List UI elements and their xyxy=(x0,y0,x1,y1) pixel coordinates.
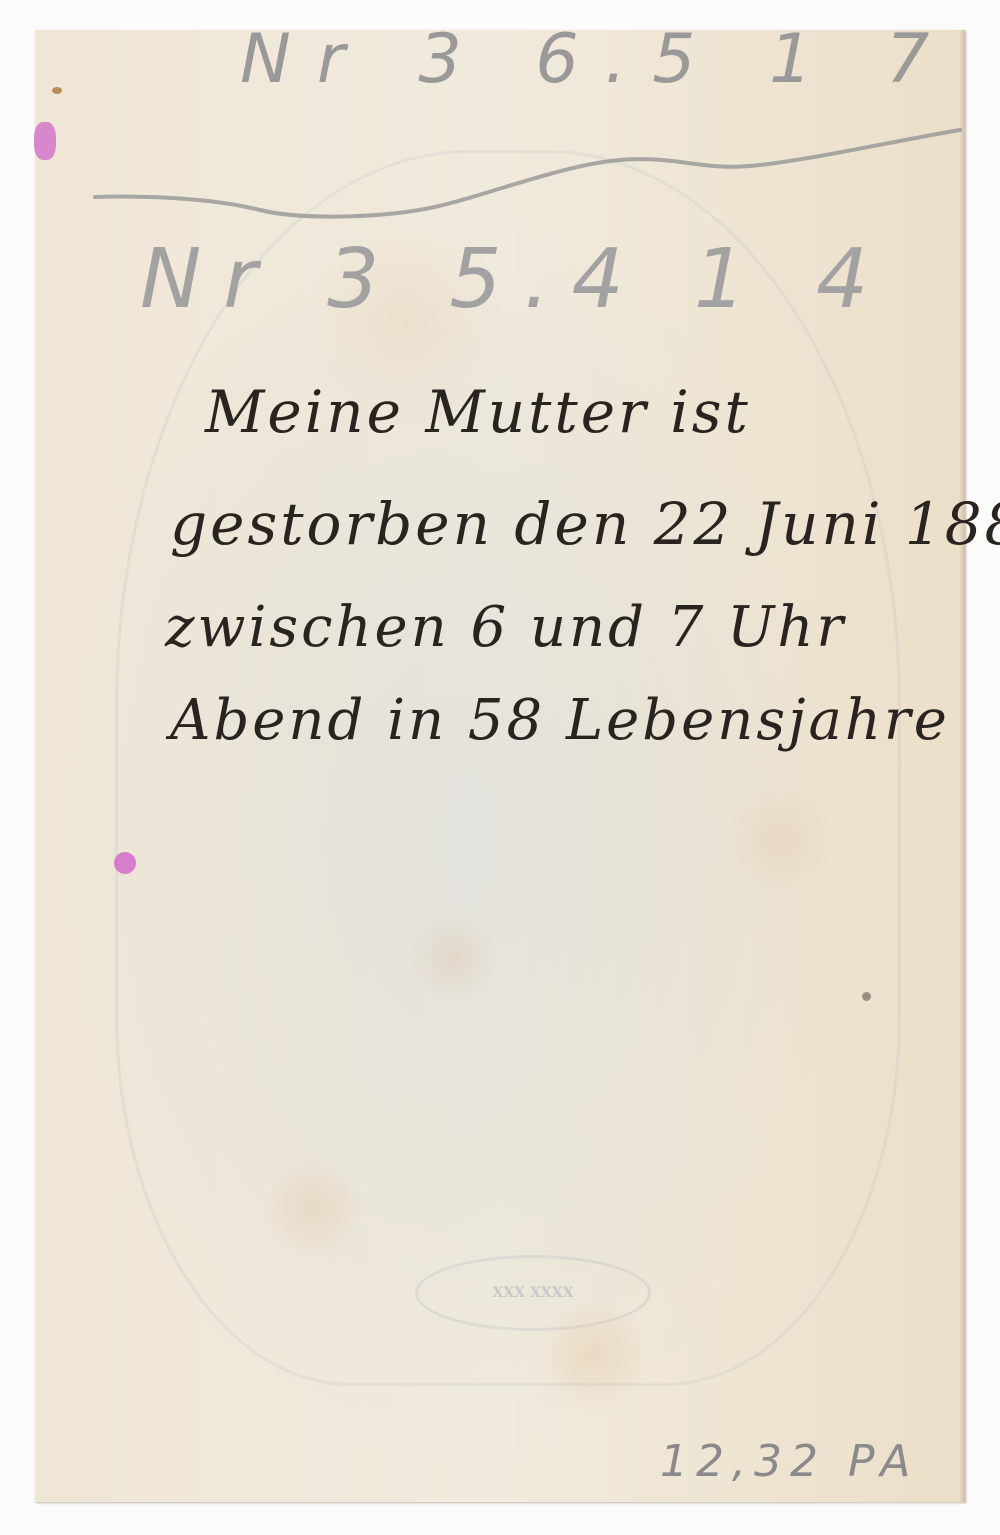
pencil-strike-line xyxy=(0,0,1000,260)
handwritten-line-3: zwischen 6 und 7 Uhr xyxy=(165,595,846,660)
dark-spot xyxy=(862,992,871,1001)
pencil-code-bottom: 12,32 PA xyxy=(660,1436,918,1487)
pink-ink-stain xyxy=(114,852,136,874)
handwritten-line-4: Abend in 58 Lebensjahre xyxy=(170,688,950,753)
handwritten-line-2: gestorben den 22 Juni 1880 xyxy=(170,490,1000,558)
faded-printed-ornament xyxy=(115,150,901,1386)
handwritten-line-1: Meine Mutter ist xyxy=(205,378,751,446)
pencil-shelfmark-second: Nr 3 5.4 1 4 xyxy=(140,232,890,327)
faded-printed-cartouche: XXX XXXX xyxy=(415,1255,651,1331)
